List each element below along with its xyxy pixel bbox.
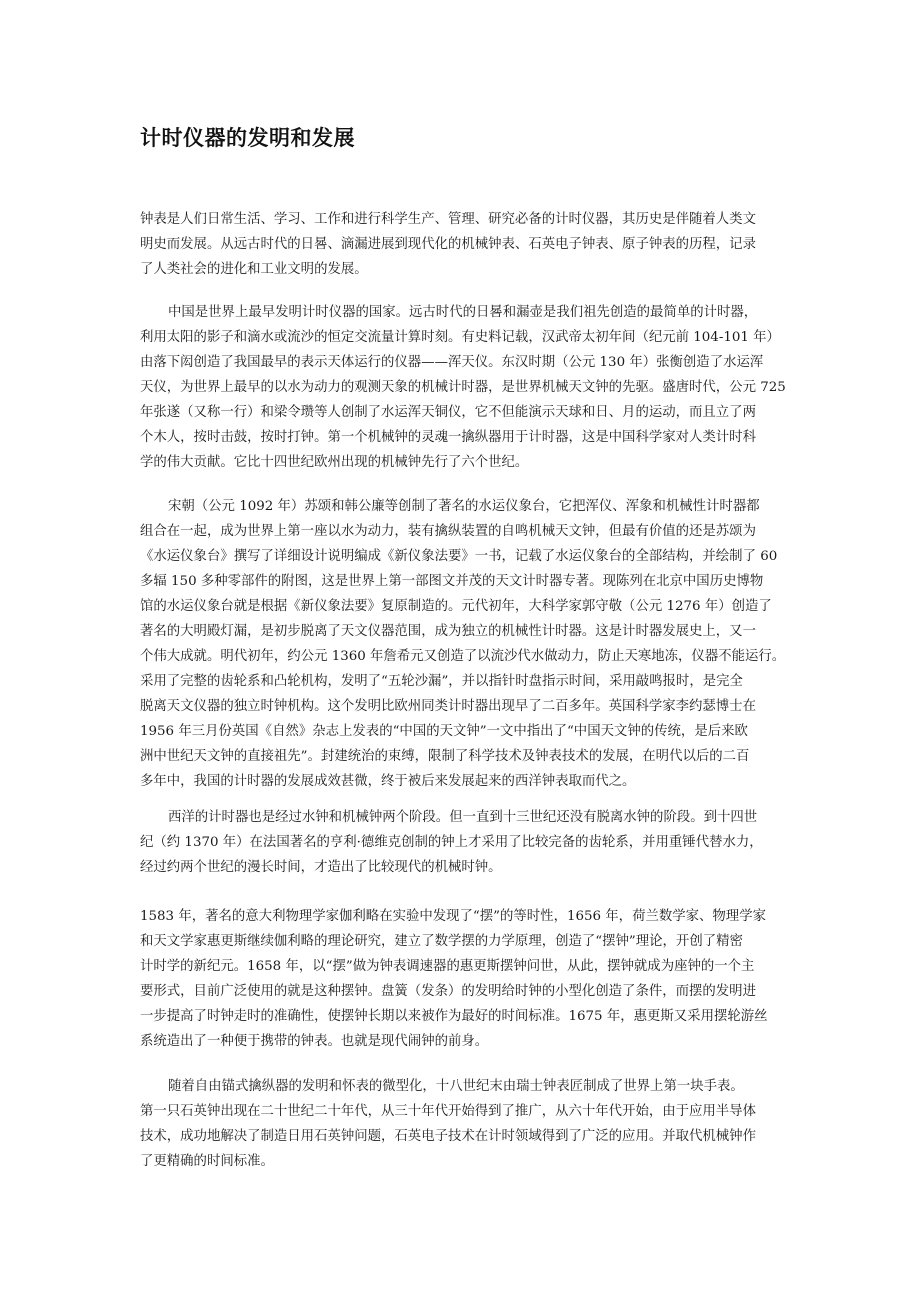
text-line: 一步提高了时钟走时的准确性，使摆钟长期以来被作为最好的时间标准。1675 年，惠… (140, 1004, 800, 1029)
text-line: 利用太阳的影子和滴水或流沙的恒定交流量计算时刻。有史料记载，汉武帝太初年间（纪元… (140, 325, 800, 350)
text-line: 个伟大成就。明代初年，约公元 1360 年詹希元又创造了以流沙代水做动力，防止天… (140, 644, 800, 669)
text-line: 宋朝（公元 1092 年）苏颂和韩公廉等创制了著名的水运仪象台，它把浑仪、浑象和… (140, 494, 800, 519)
paragraph-song-ming: 宋朝（公元 1092 年）苏颂和韩公廉等创制了著名的水运仪象台，它把浑仪、浑象和… (140, 494, 800, 794)
text-line: 多辐 150 多种零部件的附图，这是世界上第一部图文并茂的天文计时器专著。现陈列… (140, 569, 800, 594)
text-line: 明史而发展。从远古时代的日晷、滴漏进展到现代化的机械钟表、石英电子钟表、原子钟表… (140, 232, 800, 257)
text-line: 西洋的计时器也是经过水钟和机械钟两个阶段。但一直到十三世纪还没有脱离水钟的阶段。… (140, 805, 800, 830)
text-line: 计时学的新纪元。1658 年，以“摆”做为钟表调速器的惠更斯摆钟问世，从此，摆钟… (140, 954, 800, 979)
text-line: 学的伟大贡献。它比十四世纪欧州出现的机械钟先行了六个世纪。 (140, 450, 800, 475)
text-line: 钟表是人们日常生活、学习、工作和进行科学生产、管理、研究必备的计时仪器，其历史是… (140, 207, 800, 232)
text-line: 和天文学家惠更斯继续伽利略的理论研究，建立了数学摆的力学原理，创造了“摆钟”理论… (140, 929, 800, 954)
text-line: 个木人，按时击鼓，按时打钟。第一个机械钟的灵魂一擒纵器用于计时器，这是中国科学家… (140, 425, 800, 450)
document-page: 计时仪器的发明和发展 钟表是人们日常生活、学习、工作和进行科学生产、管理、研究必… (0, 0, 920, 1302)
text-line: 经过约两个世纪的漫长时间，才造出了比较现代的机械时钟。 (140, 855, 800, 880)
paragraph-pendulum: 1583 年，著名的意大利物理学家伽利略在实验中发现了“摆”的等时性，1656 … (140, 904, 800, 1054)
text-line: 组合在一起，成为世界上第一座以水为动力，装有擒纵装置的自鸣机械天文钟，但最有价值… (140, 519, 800, 544)
paragraph-western: 西洋的计时器也是经过水钟和机械钟两个阶段。但一直到十三世纪还没有脱离水钟的阶段。… (140, 805, 800, 880)
text-line: 了人类社会的进化和工业文明的发展。 (140, 257, 800, 282)
text-line: 技术，成功地解决了制造日用石英钟问题，石英电子技术在计时领域得到了广泛的应用。并… (140, 1124, 800, 1149)
text-line: 随着自由锚式擒纵器的发明和怀表的微型化，十八世纪末由瑞士钟表匠制成了世界上第一块… (140, 1074, 800, 1099)
document-title: 计时仪器的发明和发展 (140, 122, 355, 152)
text-line: 脱离天文仪器的独立时钟机构。这个发明比欧州同类计时器出现早了二百多年。英国科学家… (140, 694, 800, 719)
text-line: 著名的大明殿灯漏，是初步脱离了天文仪器范围，成为独立的机械性计时器。这是计时器发… (140, 619, 800, 644)
text-line: 1583 年，著名的意大利物理学家伽利略在实验中发现了“摆”的等时性，1656 … (140, 904, 800, 929)
text-line: 天仪，为世界上最早的以水为动力的观测天象的机械计时器，是世界机械天文钟的先驱。盛… (140, 375, 800, 400)
text-line: 多年中，我国的计时器的发展成效甚微，终于被后来发展起来的西洋钟表取而代之。 (140, 769, 800, 794)
paragraph-china-early: 中国是世界上最早发明计时仪器的国家。远古时代的日晷和漏壶是我们祖先创造的最简单的… (140, 300, 800, 475)
text-line: 《水运仪象台》撰写了详细设计说明编成《新仪象法要》一书，记载了水运仪象台的全部结… (140, 544, 800, 569)
text-line: 系统造出了一种便于携带的钟表。也就是现代闹钟的前身。 (140, 1029, 800, 1054)
text-line: 纪（约 1370 年）在法国著名的亨利·德维克创制的钟上才采用了比较完备的齿轮系… (140, 830, 800, 855)
paragraph-intro: 钟表是人们日常生活、学习、工作和进行科学生产、管理、研究必备的计时仪器，其历史是… (140, 207, 800, 282)
text-line: 1956 年三月份英国《自然》杂志上发表的“中国的天文钟”一文中指出了“中国天文… (140, 719, 800, 744)
text-line: 第一只石英钟出现在二十世纪二十年代，从三十年代开始得到了推广，从六十年代开始，由… (140, 1099, 800, 1124)
text-line: 年张遂（又称一行）和梁令瓒等人创制了水运浑天铜仪，它不但能演示天球和日、月的运动… (140, 400, 800, 425)
text-line: 馆的水运仪象台就是根据《新仪象法要》复原制造的。元代初年，大科学家郭守敬（公元 … (140, 594, 800, 619)
text-line: 洲中世纪天文钟的直接祖先”。封建统治的束缚，限制了科学技术及钟表技术的发展，在明… (140, 744, 800, 769)
text-line: 要形式，目前广泛使用的就是这种摆钟。盘簧（发条）的发明给时钟的小型化创造了条件，… (140, 979, 800, 1004)
paragraph-modern: 随着自由锚式擒纵器的发明和怀表的微型化，十八世纪末由瑞士钟表匠制成了世界上第一块… (140, 1074, 800, 1174)
text-line: 中国是世界上最早发明计时仪器的国家。远古时代的日晷和漏壶是我们祖先创造的最简单的… (140, 300, 800, 325)
text-line: 由落下闳创造了我国最早的表示天体运行的仪器——浑天仪。东汉时期（公元 130 年… (140, 350, 800, 375)
text-line: 采用了完整的齿轮系和凸轮机构，发明了“五轮沙漏”，并以指针时盘指示时间，采用敲鸣… (140, 669, 800, 694)
text-line: 了更精确的时间标准。 (140, 1149, 800, 1174)
